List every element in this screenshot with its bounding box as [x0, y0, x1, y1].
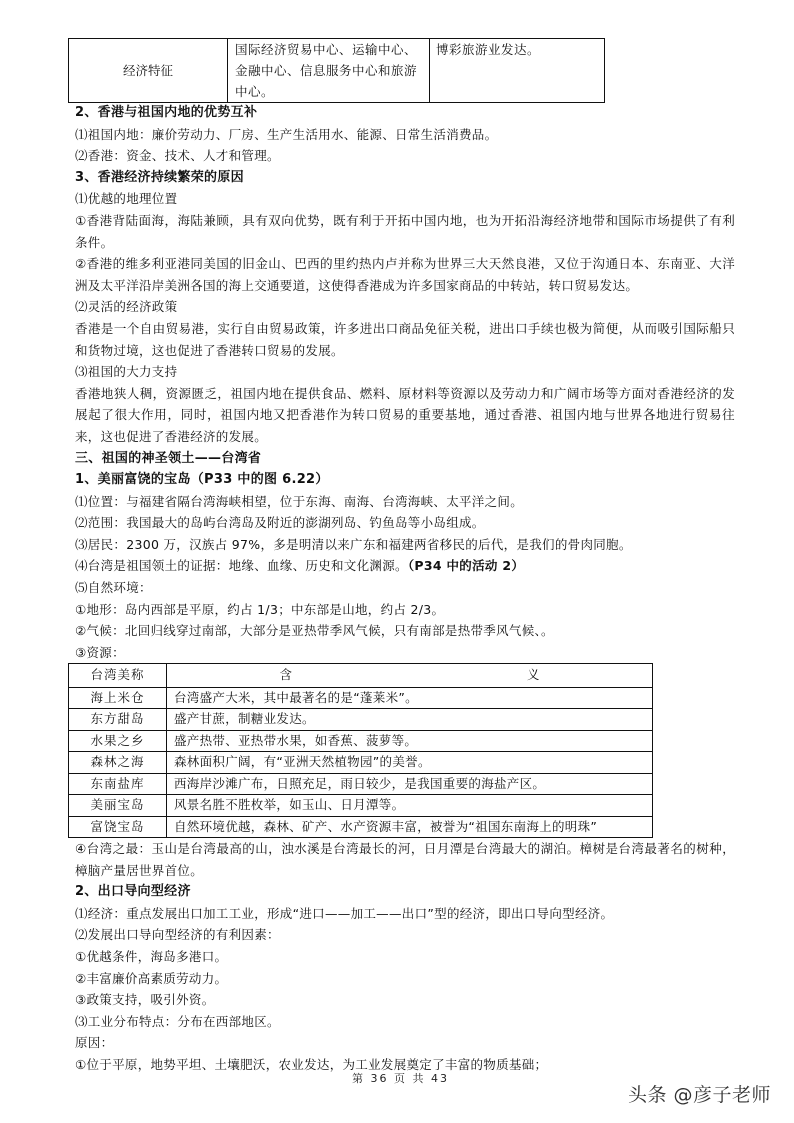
row-label-cell: 经济特征 [69, 39, 228, 103]
paragraph: ⑷台湾是祖国领土的证据：地缘、血缘、历史和文化渊源。（P34 中的活动 2） [75, 555, 735, 577]
chapter-heading: 三、祖国的神圣领土——台湾省 [75, 448, 735, 470]
meaning-cell: 风景名胜不胜枚举，如玉山、日月潭等。 [167, 795, 653, 817]
subheading: ⑴优越的地理位置 [75, 188, 735, 210]
hongkong-section: 2、香港与祖国内地的优势互补 ⑴祖国内地：廉价劳动力、厂房、生产生活用水、能源、… [75, 102, 735, 663]
paragraph: ②香港的维多利亚港同美国的旧金山、巴西的里约热内卢并称为世界三大天然良港，又位于… [75, 253, 735, 296]
paragraph: ③政策支持，吸引外资。 [75, 989, 735, 1011]
section-heading: 3、香港经济持续繁荣的原因 [75, 167, 735, 189]
subheading: ⑶祖国的大力支持 [75, 361, 735, 383]
meaning-cell: 盛产甘蔗，制糖业发达。 [167, 709, 653, 731]
section-heading: 2、出口导向型经济 [75, 881, 735, 903]
document-page: 经济特征 国际经济贸易中心、运输中心、金融中心、信息服务中心和旅游中心。 博彩旅… [0, 0, 794, 1123]
paragraph: ②气候：北回归线穿过南部，大部分是亚热带季风气候，只有南部是热带季风气候、。 [75, 620, 735, 642]
paragraph: 香港是一个自由贸易港，实行自由贸易政策，许多进出口商品免征关税，进出口手续也极为… [75, 318, 735, 361]
nickname-cell: 东方甜岛 [69, 709, 167, 731]
subheading: ⑸自然环境： [75, 577, 735, 599]
economy-comparison-table: 经济特征 国际经济贸易中心、运输中心、金融中心、信息服务中心和旅游中心。 博彩旅… [68, 38, 605, 103]
meaning-cell: 盛产热带、亚热带水果，如香蕉、菠萝等。 [167, 730, 653, 752]
table-row: 水果之乡 盛产热带、亚热带水果，如香蕉、菠萝等。 [69, 730, 653, 752]
paragraph: ⑴经济：重点发展出口加工工业，形成“进口——加工——出口”型的经济，即出口导向型… [75, 903, 735, 925]
nickname-cell: 海上米仓 [69, 687, 167, 709]
page-number: 第 36 页 共 43 [352, 1070, 449, 1086]
section-heading: 2、香港与祖国内地的优势互补 [75, 102, 735, 124]
watermark: 头条 @彦子老师 [628, 1080, 771, 1107]
paragraph: ⑵范围：我国最大的岛屿台湾岛及附近的澎湖列岛、钓鱼岛等小岛组成。 [75, 512, 735, 534]
hongkong-cell: 国际经济贸易中心、运输中心、金融中心、信息服务中心和旅游中心。 [228, 39, 430, 103]
table-row: 富饶宝岛 自然环境优越，森林、矿产、水产资源丰富，被誉为“祖国东南海上的明珠” [69, 816, 653, 838]
meaning-cell: 西海岸沙滩广布，日照充足，雨日较少，是我国重要的海盐产区。 [167, 773, 653, 795]
subheading: ⑵发展出口导向型经济的有利因素： [75, 924, 735, 946]
table-header-row: 台湾美称 含义 [69, 664, 653, 688]
nickname-cell: 水果之乡 [69, 730, 167, 752]
nickname-cell: 美丽宝岛 [69, 795, 167, 817]
header-char-1: 含 [279, 665, 292, 685]
paragraph: ⑴祖国内地：廉价劳动力、厂房、生产生活用水、能源、日常生活消费品。 [75, 124, 735, 146]
section-heading: 1、美丽富饶的宝岛（P33 中的图 6.22） [75, 469, 735, 491]
table-row: 美丽宝岛 风景名胜不胜枚举，如玉山、日月潭等。 [69, 795, 653, 817]
meaning-cell: 台湾盛产大米，其中最著名的是“蓬莱米”。 [167, 687, 653, 709]
taiwan-economy-section: ④台湾之最：玉山是台湾最高的山，浊水溪是台湾最长的河，日月潭是台湾最大的湖泊。樟… [75, 838, 735, 1076]
paragraph: ③资源： [75, 642, 735, 664]
table-row: 森林之海 森林面积广阔，有“亚洲天然植物园”的美誉。 [69, 752, 653, 774]
header-char-2: 义 [527, 665, 540, 685]
paragraph: ①香港背陆面海，海陆兼顾，具有双向优势，既有利于开拓中国内地，也为开拓沿海经济地… [75, 210, 735, 253]
paragraph: 香港地狭人稠，资源匮乏，祖国内地在提供食品、燃料、原材料等资源以及劳动力和广阔市… [75, 383, 735, 448]
paragraph: ⑶工业分布特点：分布在西部地区。 [75, 1011, 735, 1033]
paragraph: ⑴位置：与福建省隔台湾海峡相望，位于东海、南海、台湾海峡、太平洋之间。 [75, 491, 735, 513]
nickname-cell: 东南盐库 [69, 773, 167, 795]
table-row: 经济特征 国际经济贸易中心、运输中心、金融中心、信息服务中心和旅游中心。 博彩旅… [69, 39, 605, 103]
activity-reference: （P34 中的活动 2） [408, 558, 524, 573]
table-row: 东方甜岛 盛产甘蔗，制糖业发达。 [69, 709, 653, 731]
paragraph: ⑶居民：2300 万，汉族占 97%，多是明清以来广东和福建两省移民的后代，是我… [75, 534, 735, 556]
paragraph: ④台湾之最：玉山是台湾最高的山，浊水溪是台湾最长的河，日月潭是台湾最大的湖泊。樟… [75, 838, 735, 881]
evidence-text: ⑷台湾是祖国领土的证据：地缘、血缘、历史和文化渊源。 [75, 558, 408, 573]
column-header-meaning: 含义 [167, 664, 653, 688]
column-header-name: 台湾美称 [69, 664, 167, 688]
subheading: 原因： [75, 1032, 735, 1054]
paragraph: ②丰富廉价高素质劳动力。 [75, 968, 735, 990]
meaning-cell: 自然环境优越，森林、矿产、水产资源丰富，被誉为“祖国东南海上的明珠” [167, 816, 653, 838]
taiwan-nicknames-table: 台湾美称 含义 海上米仓 台湾盛产大米，其中最著名的是“蓬莱米”。 东方甜岛 盛… [68, 663, 653, 838]
meaning-cell: 森林面积广阔，有“亚洲天然植物园”的美誉。 [167, 752, 653, 774]
macau-cell: 博彩旅游业发达。 [430, 39, 605, 103]
nickname-cell: 富饶宝岛 [69, 816, 167, 838]
paragraph: ①优越条件，海岛多港口。 [75, 946, 735, 968]
nickname-cell: 森林之海 [69, 752, 167, 774]
subheading: ⑵灵活的经济政策 [75, 296, 735, 318]
paragraph: ①地形：岛内西部是平原，约占 1/3；中东部是山地，约占 2/3。 [75, 599, 735, 621]
table-row: 东南盐库 西海岸沙滩广布，日照充足，雨日较少，是我国重要的海盐产区。 [69, 773, 653, 795]
paragraph: ⑵香港：资金、技术、人才和管理。 [75, 145, 735, 167]
table-row: 海上米仓 台湾盛产大米，其中最著名的是“蓬莱米”。 [69, 687, 653, 709]
